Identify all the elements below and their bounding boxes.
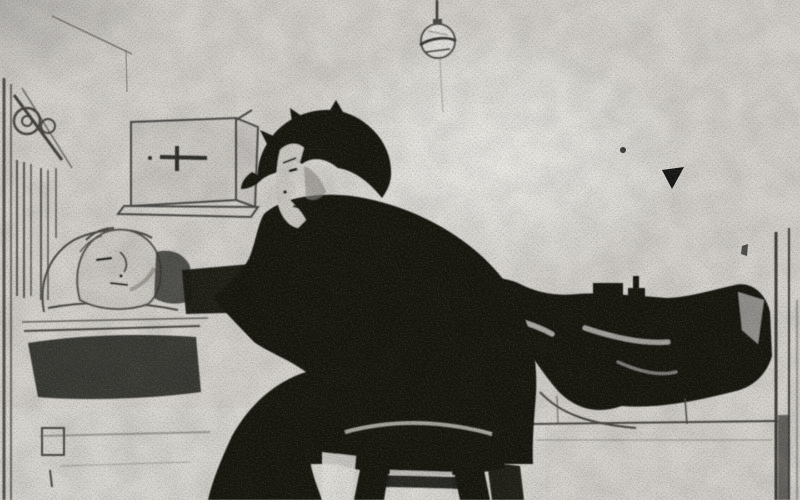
halftone-dot-overlay [0, 0, 800, 500]
bedside-vigil-illustration [0, 0, 800, 500]
illustration-page [0, 0, 800, 500]
